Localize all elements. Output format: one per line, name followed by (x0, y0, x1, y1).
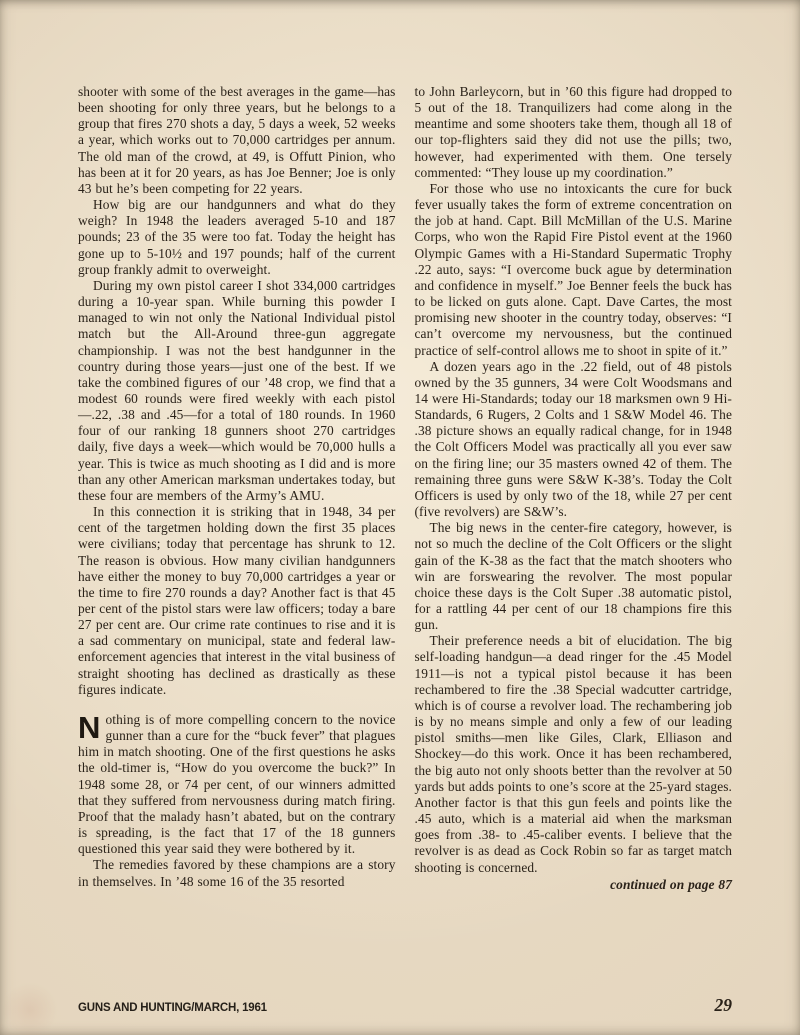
right-column: to John Barleycorn, but in ’60 this figu… (415, 84, 733, 893)
paragraph: The remedies favored by these champions … (78, 857, 396, 889)
paragraph: During my own pistol career I shot 334,0… (78, 278, 396, 504)
paragraph: Their preference needs a bit of elucidat… (415, 633, 733, 875)
page-number: 29 (715, 995, 733, 1016)
paragraph: to John Barleycorn, but in ’60 this figu… (415, 84, 733, 181)
page-footer: GUNS AND HUNTING/MARCH, 1961 29 (78, 995, 732, 1016)
paragraph: How big are our handgunners and what do … (78, 197, 396, 278)
left-column: shooter with some of the best averages i… (78, 84, 396, 893)
paragraph: Nothing is of more compelling concern to… (78, 712, 396, 857)
paragraph: shooter with some of the best averages i… (78, 84, 396, 197)
magazine-page: shooter with some of the best averages i… (0, 0, 800, 1035)
magazine-title-footer: GUNS AND HUNTING/MARCH, 1961 (78, 1002, 267, 1014)
paragraph: For those who use no intoxicants the cur… (415, 181, 733, 359)
continued-note: continued on page 87 (415, 877, 733, 893)
paragraph: In this connection it is striking that i… (78, 504, 396, 698)
article-body: shooter with some of the best averages i… (78, 84, 732, 893)
paragraph: The big news in the center-fire category… (415, 520, 733, 633)
dropcap-letter: N (78, 712, 106, 740)
paragraph: A dozen years ago in the .22 field, out … (415, 359, 733, 521)
